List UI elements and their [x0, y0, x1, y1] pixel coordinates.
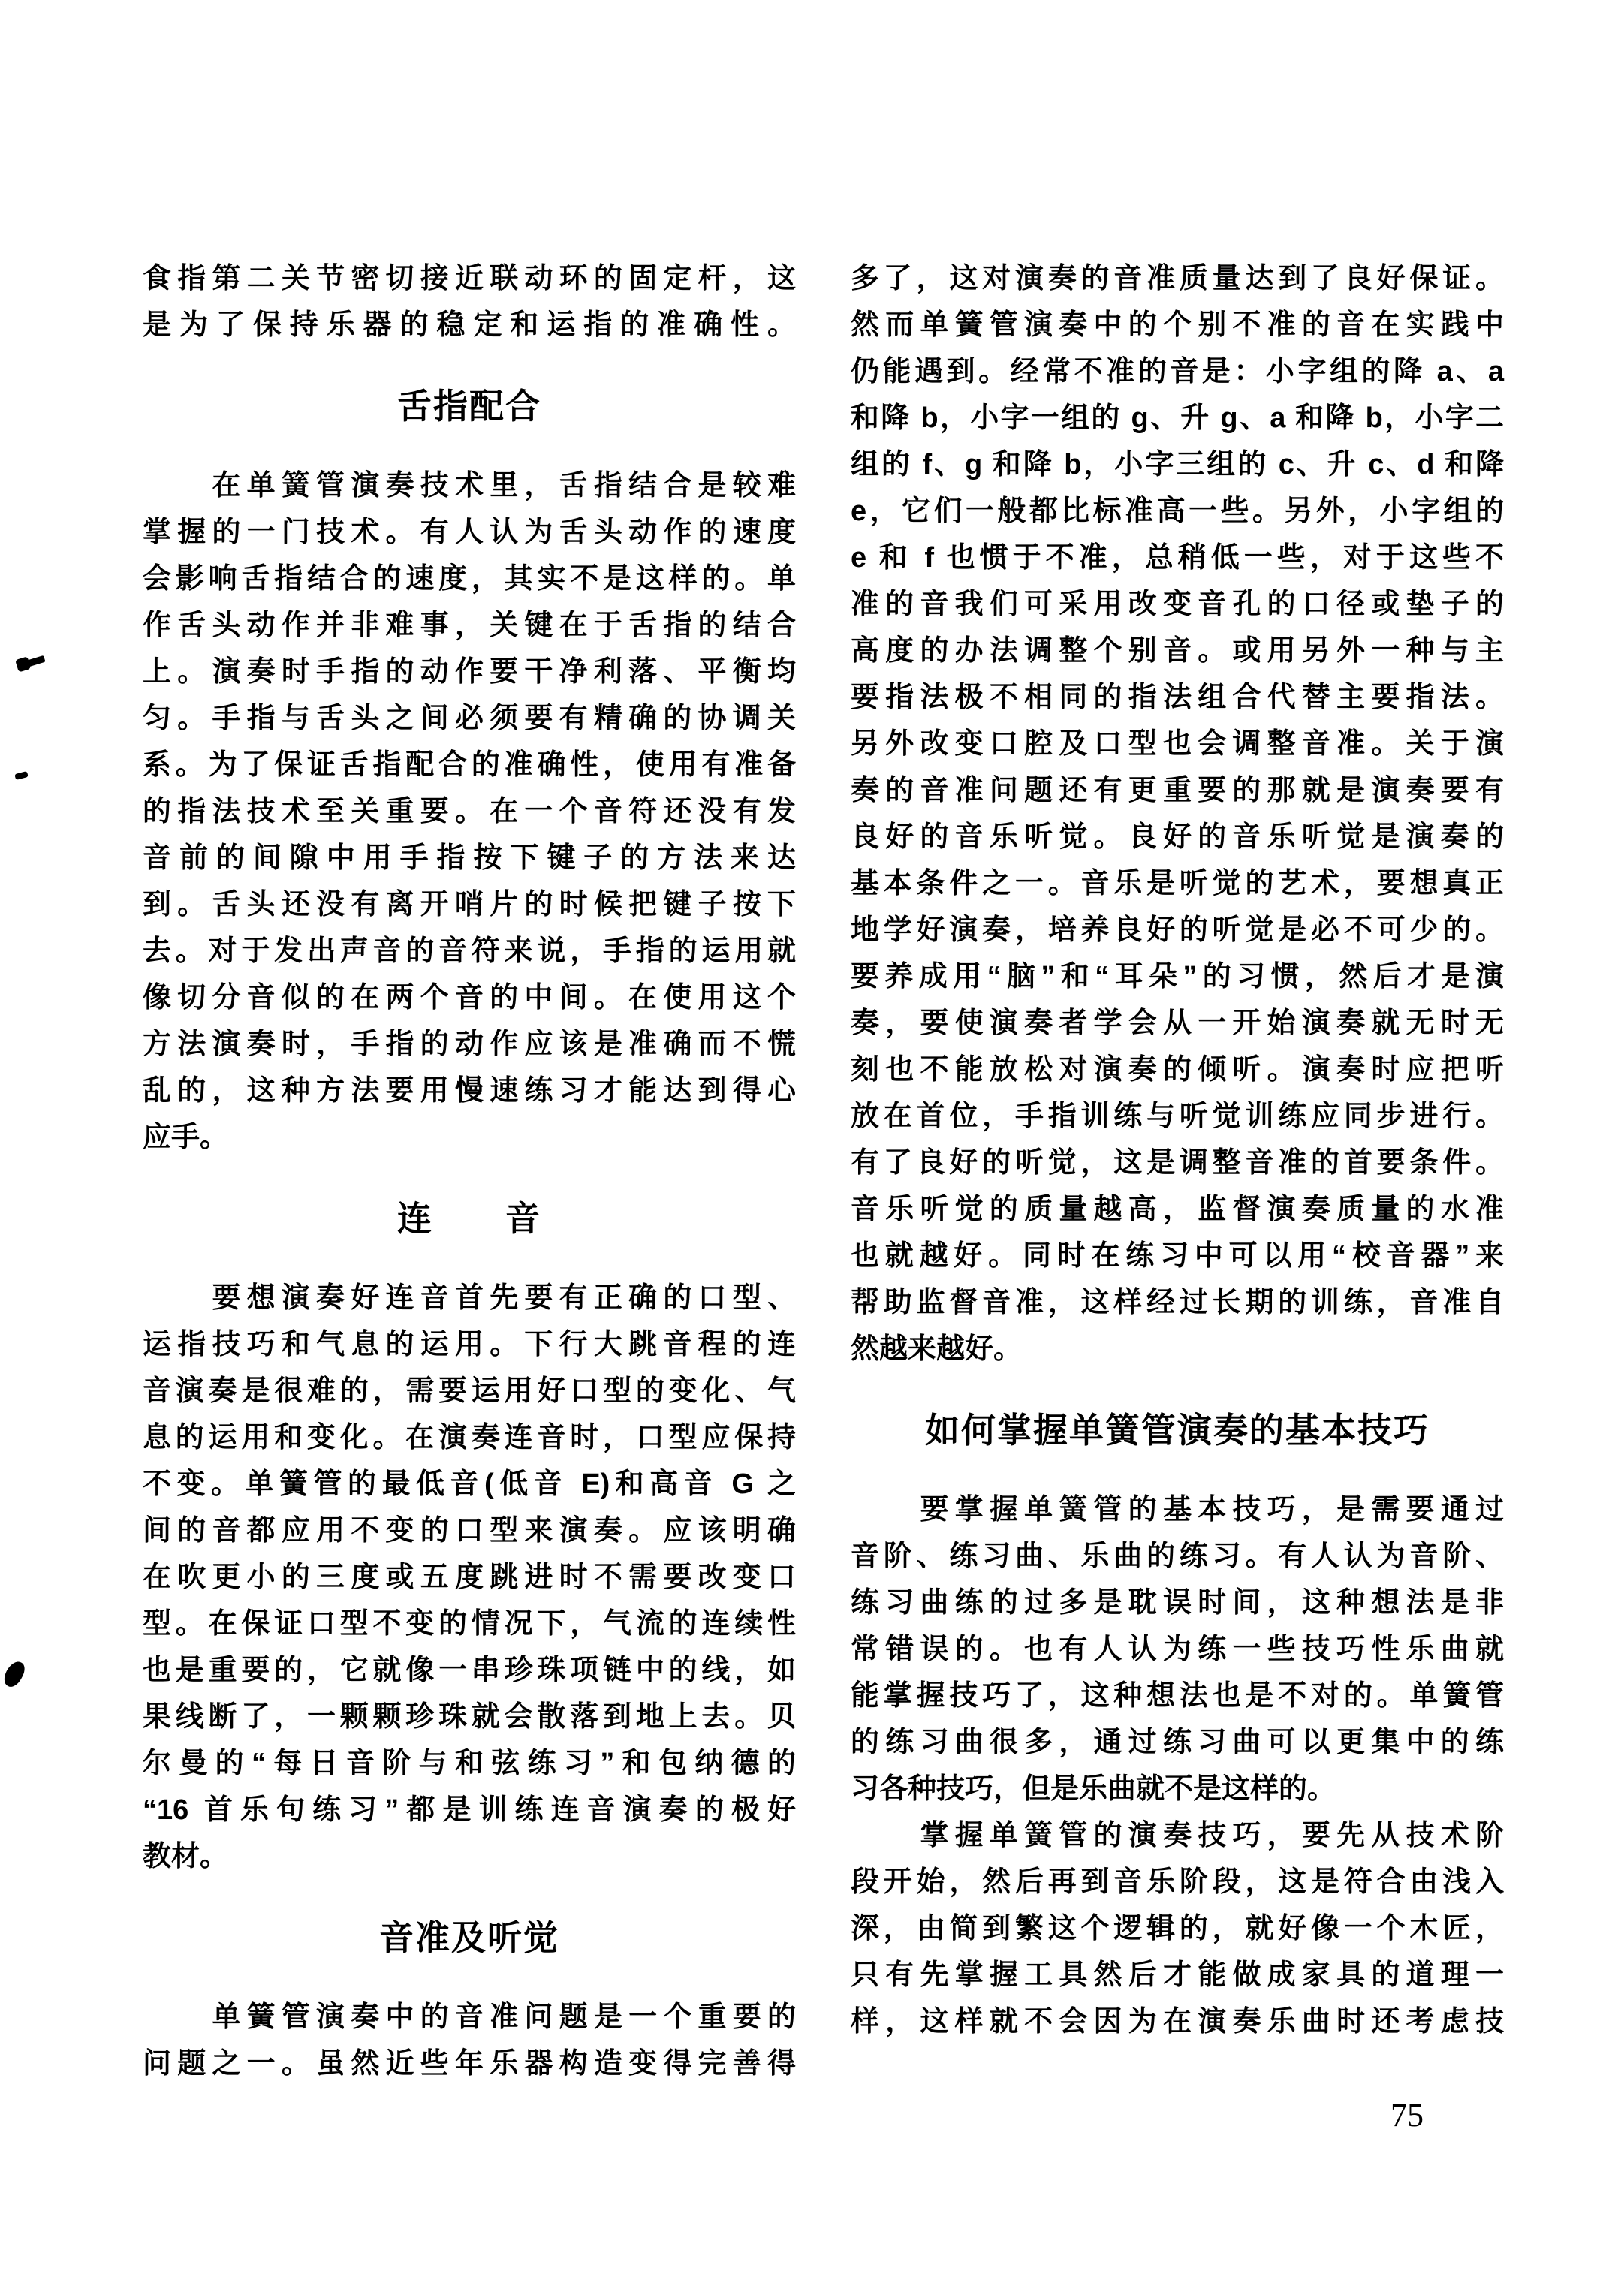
text-line: 音乐听觉的质量越高，监督演奏质量的水准 — [851, 1186, 1504, 1233]
text-line: 是为了保持乐器的稳定和运指的准确性。 — [143, 302, 796, 348]
page-number: 75 — [1390, 2096, 1424, 2134]
text-line: 教材。 — [143, 1833, 796, 1880]
text-line: 像切分音似的在两个音的中间。在使用这个 — [143, 974, 796, 1021]
text-line: 果线断了，一颗颗珍珠就会散落到地上去。贝 — [143, 1694, 796, 1740]
text-line: 尔曼的“每日音阶与和弦练习”和包纳德的 — [143, 1740, 796, 1787]
text-line: 在吹更小的三度或五度跳进时不需要改变口 — [143, 1554, 796, 1601]
text-line: 应手。 — [143, 1114, 796, 1161]
text-line: 地学好演奏，培养良好的听觉是必不可少的。 — [851, 907, 1504, 953]
text-line: 系。为了保证舌指配合的准确性，使用有准备 — [143, 742, 796, 788]
paragraph-tongue-finger-coordination: 在单簧管演奏技术里，舌指结合是较难掌握的一门技术。有人认为舌头动作的速度会影响舌… — [143, 462, 796, 1161]
scanned-document-page: 食指第二关节密切接近联动环的固定杆，这是为了保持乐器的稳定和运指的准确性。 舌指… — [0, 0, 1624, 2283]
text-line: 要指法极不相同的指法组合代替主要指法。 — [851, 674, 1504, 721]
text-line: 常错误的。也有人认为练一些技巧性乐曲就 — [851, 1626, 1504, 1673]
heading-basic-skills: 如何掌握单簧管演奏的基本技巧 — [851, 1407, 1504, 1453]
text-line: 组的 f、g 和降 b，小字三组的 c、升 c、d 和降 — [851, 441, 1504, 488]
text-line: 准的音我们可采用改变音孔的口径或垫子的 — [851, 581, 1504, 628]
text-line: 运指技巧和气息的运用。下行大跳音程的连 — [143, 1321, 796, 1368]
text-line: 要养成用“脑”和“耳朵”的习惯，然后才是演 — [851, 953, 1504, 1000]
text-line: 放在首位，手指训练与听觉训练应同步进行。 — [851, 1093, 1504, 1140]
paragraph-legato: 要想演奏好连音首先要有正确的口型、运指技巧和气息的运用。下行大跳音程的连音演奏是… — [143, 1275, 796, 1880]
text-line: 深，由简到繁这个逻辑的，就好像一个木匠， — [851, 1905, 1504, 1952]
text-line: 和降 b，小字一组的 g、升 g、a 和降 b，小字二 — [851, 395, 1504, 441]
text-line: 要掌握单簧管的基本技巧，是需要通过 — [851, 1486, 1504, 1533]
paragraph-basic-skills-1: 要掌握单簧管的基本技巧，是需要通过音阶、练习曲、乐曲的练习。有人认为音阶、练习曲… — [851, 1486, 1504, 1812]
text-line: 然越来越好。 — [851, 1326, 1504, 1372]
text-line: 去。对于发出声音的音符来说，手指的运用就 — [143, 928, 796, 974]
text-line: 能掌握技巧了，这种想法也是不对的。单簧管 — [851, 1673, 1504, 1719]
ink-blob-artifact — [1, 1658, 28, 1690]
text-line: “16 首乐句练习”都是训练连音演奏的极好 — [143, 1787, 796, 1833]
text-line: 的指法技术至关重要。在一个音符还没有发 — [143, 788, 796, 835]
text-line: 帮助监督音准，这样经过长期的训练，音准自 — [851, 1279, 1504, 1326]
right-column: 多了，这对演奏的音准质量达到了良好保证。然而单簧管演奏中的个别不准的音在实践中仍… — [851, 255, 1504, 2087]
paragraph-intonation-intro: 单簧管演奏中的音准问题是一个重要的问题之一。虽然近些年乐器构造变得完善得 — [143, 1994, 796, 2087]
paragraph-fingering-continuation: 食指第二关节密切接近联动环的固定杆，这是为了保持乐器的稳定和运指的准确性。 — [143, 255, 796, 348]
text-line: 问题之一。虽然近些年乐器构造变得完善得 — [143, 2041, 796, 2087]
text-line: 掌握的一门技术。有人认为舌头动作的速度 — [143, 509, 796, 556]
text-line: 也就越好。同时在练习中可以用“校音器”来 — [851, 1233, 1504, 1279]
text-line: e，它们一般都比标准高一些。另外，小字组的 — [851, 488, 1504, 535]
text-line: 样，这样就不会因为在演奏乐曲时还考虑技 — [851, 1998, 1504, 2045]
text-line: 在单簧管演奏技术里，舌指结合是较难 — [143, 462, 796, 509]
heading-legato: 连 音 — [143, 1195, 796, 1242]
text-line: 匀。手指与舌头之间必须要有精确的协调关 — [143, 695, 796, 742]
text-line: 多了，这对演奏的音准质量达到了良好保证。 — [851, 255, 1504, 302]
text-line: 作舌头动作并非难事，关键在于舌指的结合 — [143, 602, 796, 649]
text-line: 音演奏是很难的，需要运用好口型的变化、气 — [143, 1368, 796, 1414]
text-line: 到。舌头还没有离开哨片的时候把键子按下 — [143, 881, 796, 928]
text-line: 高度的办法调整个别音。或用另外一种与主 — [851, 628, 1504, 674]
heading-intonation-and-hearing: 音准及听觉 — [143, 1914, 796, 1961]
ink-dash-artifact — [14, 771, 28, 780]
text-line: e 和 f 也惯于不准，总稍低一些，对于这些不 — [851, 535, 1504, 581]
text-line: 奏的音准问题还有更重要的那就是演奏要有 — [851, 767, 1504, 814]
paragraph-basic-skills-2: 掌握单簧管的演奏技巧，要先从技术阶段开始，然后再到音乐阶段，这是符合由浅入深，由… — [851, 1812, 1504, 2045]
text-line: 奏，要使演奏者学会从一开始演奏就无时无 — [851, 1000, 1504, 1047]
text-line: 不变。单簧管的最低音(低音 E)和高音 G 之 — [143, 1461, 796, 1507]
text-line: 也是重要的，它就像一串珍珠项链中的线，如 — [143, 1647, 796, 1694]
text-line: 食指第二关节密切接近联动环的固定杆，这 — [143, 255, 796, 302]
text-line: 的练习曲很多，通过练习曲可以更集中的练 — [851, 1719, 1504, 1766]
text-line: 乱的，这种方法要用慢速练习才能达到得心 — [143, 1068, 796, 1114]
text-line: 刻也不能放松对演奏的倾听。演奏时应把听 — [851, 1047, 1504, 1093]
text-line: 基本条件之一。音乐是听觉的艺术，要想真正 — [851, 860, 1504, 907]
heading-tongue-finger-coordination: 舌指配合 — [143, 383, 796, 429]
text-line: 间的音都应用不变的口型来演奏。应该明确 — [143, 1507, 796, 1554]
text-line: 要想演奏好连音首先要有正确的口型、 — [143, 1275, 796, 1321]
text-line: 音前的间隙中用手指按下键子的方法来达 — [143, 835, 796, 881]
text-line: 单簧管演奏中的音准问题是一个重要的 — [143, 1994, 796, 2041]
text-line: 另外改变口腔及口型也会调整音准。关于演 — [851, 721, 1504, 767]
text-line: 上。演奏时手指的动作要干净利落、平衡均 — [143, 649, 796, 695]
text-line: 息的运用和变化。在演奏连音时，口型应保持 — [143, 1414, 796, 1461]
text-line: 良好的音乐听觉。良好的音乐听觉是演奏的 — [851, 814, 1504, 860]
text-line: 会影响舌指结合的速度，其实不是这样的。单 — [143, 556, 796, 602]
left-column: 食指第二关节密切接近联动环的固定杆，这是为了保持乐器的稳定和运指的准确性。 舌指… — [143, 255, 796, 2087]
paragraph-intonation-detail: 多了，这对演奏的音准质量达到了良好保证。然而单簧管演奏中的个别不准的音在实践中仍… — [851, 255, 1504, 1372]
text-line: 型。在保证口型不变的情况下，气流的连续性 — [143, 1601, 796, 1647]
text-columns: 食指第二关节密切接近联动环的固定杆，这是为了保持乐器的稳定和运指的准确性。 舌指… — [143, 255, 1504, 2087]
text-line: 习各种技巧，但是乐曲就不是这样的。 — [851, 1766, 1504, 1812]
text-line: 练习曲练的过多是耽误时间，这种想法是非 — [851, 1580, 1504, 1626]
text-line: 方法演奏时，手指的动作应该是准确而不慌 — [143, 1021, 796, 1068]
text-line: 只有先掌握工具然后才能做成家具的道理一 — [851, 1952, 1504, 1998]
text-line: 段开始，然后再到音乐阶段，这是符合由浅入 — [851, 1859, 1504, 1905]
text-line: 掌握单簧管的演奏技巧，要先从技术阶 — [851, 1812, 1504, 1859]
text-line: 有了良好的听觉，这是调整音准的首要条件。 — [851, 1140, 1504, 1186]
text-line: 然而单簧管演奏中的个别不准的音在实践中 — [851, 302, 1504, 348]
text-line: 音阶、练习曲、乐曲的练习。有人认为音阶、 — [851, 1533, 1504, 1580]
ink-smudge-artifact — [17, 655, 45, 670]
text-line: 仍能遇到。经常不准的音是：小字组的降 a、a — [851, 348, 1504, 395]
